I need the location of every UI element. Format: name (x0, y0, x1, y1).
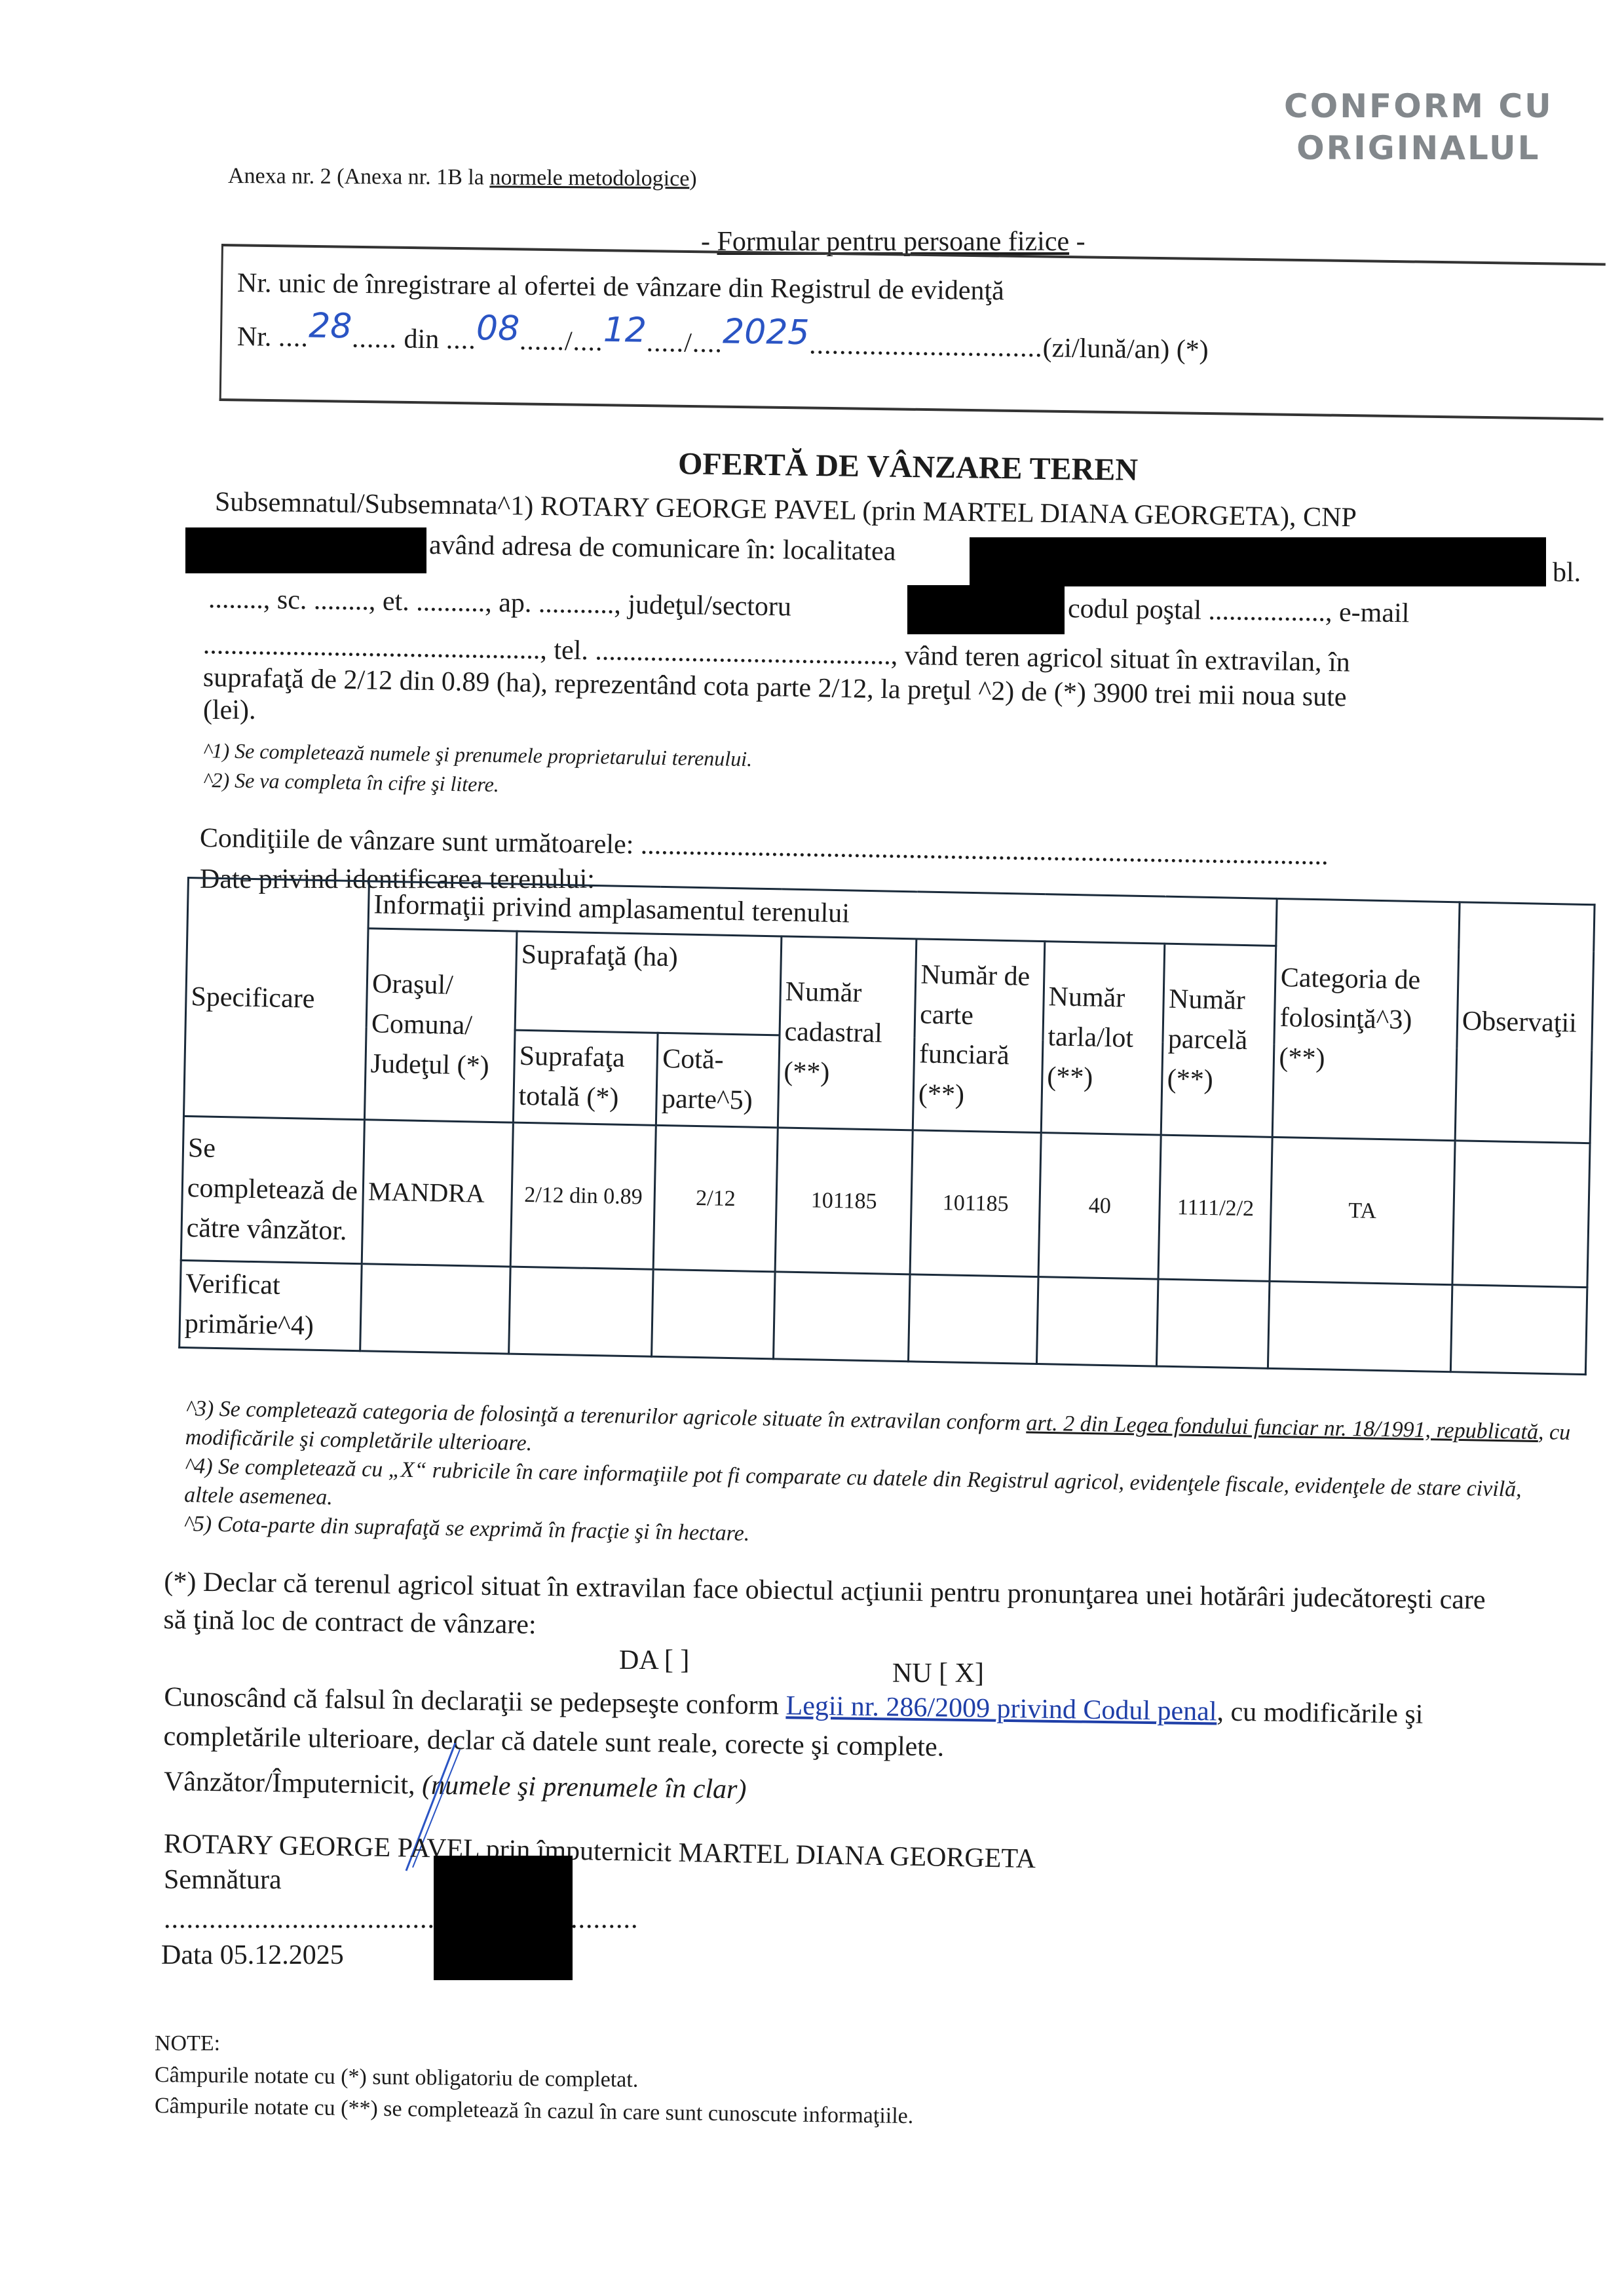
redaction-address (970, 537, 1546, 586)
note-mandatory: Câmpurile notate cu (*) sunt obligatoriu… (155, 2063, 639, 2093)
row-label: Se completează de către vânzător. (181, 1116, 364, 1263)
footnote-2: ^2) Se va completa în cifre şi litere. (203, 768, 499, 797)
seller-name-field[interactable]: ROTARY GEORGE PAVEL prin împuternicit MA… (164, 1828, 1036, 1875)
redaction-county (907, 585, 1065, 634)
cell-cadastral[interactable]: 101185 (775, 1128, 913, 1274)
document-title: OFERTĂ DE VÂNZARE TEREN (678, 446, 1139, 488)
din-label: din (397, 324, 446, 354)
registration-number-field[interactable]: 28 (309, 307, 352, 347)
warning-text: Cunoscând că falsul în declaraţii se ped… (164, 1682, 786, 1721)
cell-category[interactable]: TA (1270, 1137, 1454, 1284)
table-footnotes: ^3) Se completează categoria de folosinţ… (183, 1394, 1588, 1563)
header-cadastral: Număr cadastral (**) (778, 936, 916, 1130)
annex-prefix: Anexa nr. 2 (Anexa nr. 1B la (228, 164, 490, 189)
header-area-share: Cotă-parte^5) (656, 1033, 780, 1128)
registration-month-field[interactable]: 12 (603, 311, 647, 351)
option-yes-checkbox[interactable]: DA [ ] (619, 1645, 689, 1676)
header-notes: Observaţii (1455, 902, 1595, 1143)
body-line-3b: codul poştal ................., e-mail (1068, 593, 1410, 629)
option-no-checkbox[interactable]: NU [ X] (892, 1658, 984, 1689)
table-row: Se completează de către vânzător. MANDRA… (181, 1116, 1590, 1287)
body-line-2: având adresa de comunicare în: localitat… (429, 529, 896, 567)
signature-date: Data 05.12.2025 (161, 1940, 344, 1971)
law-18-1991-link[interactable]: art. 2 din Legea fondului funciar nr. 18… (1026, 1411, 1538, 1444)
cell-notes[interactable] (1450, 1285, 1587, 1375)
header-parcel: Număr parcelă (**) (1161, 944, 1277, 1137)
cell-tarla[interactable]: 40 (1038, 1132, 1161, 1278)
cell-tarla[interactable] (1036, 1276, 1158, 1366)
registration-day-field[interactable]: 08 (476, 309, 520, 349)
cell-locality[interactable] (360, 1264, 510, 1354)
cell-parcel[interactable]: 1111/2/2 (1158, 1135, 1272, 1281)
form-type-suffix: - (1069, 227, 1086, 257)
seller-label-text: Vânzător/Împuternicit, (164, 1767, 423, 1800)
header-area: Suprafaţă (ha) (515, 931, 782, 1035)
declaration-text: (*) Declar că terenul agricol situat în … (163, 1563, 1500, 1657)
body-line-2-end: bl. (1553, 557, 1581, 588)
date-format-hint: (zi/lună/an) (*) (1042, 333, 1209, 366)
cell-notes[interactable] (1452, 1141, 1590, 1288)
signature-label: Semnătura (164, 1864, 282, 1896)
cell-cadastral[interactable] (774, 1272, 911, 1362)
false-declaration-warning: Cunoscând că falsul în declaraţii se ped… (163, 1677, 1474, 1774)
registration-year-field[interactable]: 2025 (723, 312, 810, 353)
note-optional: Câmpurile notate cu (**) se completează … (155, 2094, 914, 2129)
cell-area-share[interactable]: 2/12 (654, 1125, 778, 1272)
annex-reference: Anexa nr. 2 (Anexa nr. 1B la normele met… (228, 164, 697, 191)
body-line-1: Subsemnatul/Subsemnata^1) ROTARY GEORGE … (215, 486, 1357, 533)
redaction-signature (434, 1856, 573, 1980)
body-line-6: (lei). (203, 695, 255, 726)
cell-land-book[interactable] (909, 1274, 1038, 1364)
stamp-line-1: CONFORM CU (1284, 85, 1553, 127)
footnote-1: ^1) Se completează numele şi prenumele p… (203, 738, 753, 771)
nr-label: Nr. (237, 322, 279, 353)
redaction-cnp (185, 527, 426, 573)
body-line-3a: ........, sc. ........, et. .........., … (208, 583, 792, 622)
cell-category[interactable] (1268, 1281, 1452, 1371)
conform-stamp: CONFORM CU ORIGINALUL (1284, 85, 1553, 169)
penal-code-link[interactable]: Legii nr. 286/2009 privind Codul penal (785, 1691, 1217, 1727)
cell-area-share[interactable] (652, 1269, 775, 1358)
row-label: Verificat primărie^4) (179, 1260, 362, 1350)
header-area-total: Suprafaţa totală (*) (513, 1030, 658, 1125)
header-specificare: Specificare (183, 878, 369, 1120)
annex-link[interactable]: normele metodologice (489, 165, 689, 191)
header-category: Categoria de folosinţă^3) (**) (1273, 898, 1460, 1140)
header-locality: Oraşul/ Comuna/ Judeţul (*) (365, 928, 517, 1122)
cell-parcel[interactable] (1157, 1279, 1270, 1368)
land-identification-table: Specificare Informaţii privind amplasame… (178, 877, 1595, 1375)
cell-locality[interactable]: MANDRA (362, 1120, 513, 1267)
annex-suffix: ) (689, 166, 697, 191)
cell-area-total[interactable]: 2/12 din 0.89 (510, 1122, 656, 1269)
header-land-book: Număr de carte funciară (**) (913, 939, 1044, 1133)
stamp-line-2: ORIGINALUL (1284, 127, 1553, 169)
header-tarla: Număr tarla/lot (**) (1041, 942, 1165, 1135)
cell-area-total[interactable] (509, 1267, 654, 1356)
cell-land-book[interactable]: 101185 (910, 1130, 1041, 1277)
notes-heading: NOTE: (155, 2031, 220, 2056)
